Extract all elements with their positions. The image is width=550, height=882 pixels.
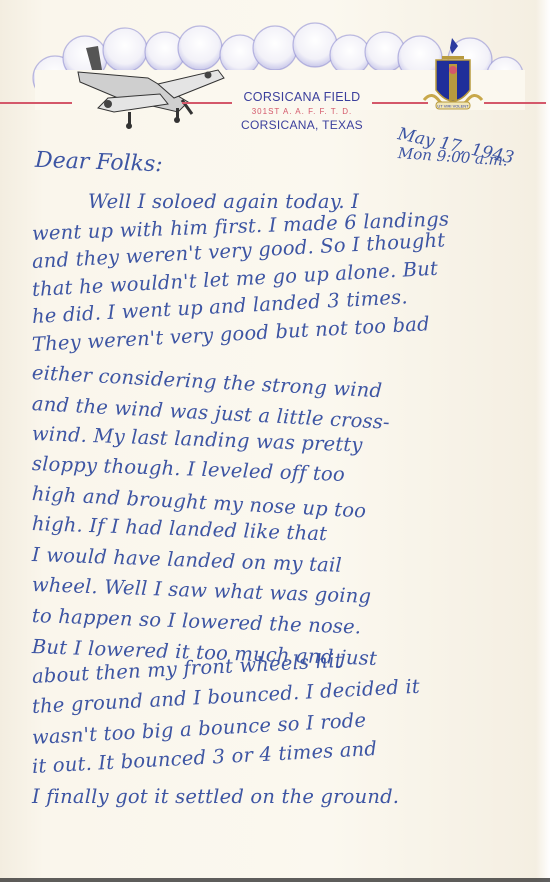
page-edge-shadow [0,878,550,882]
unit-designation: 301ST A. A. F. F. T. D. [232,105,372,118]
letterhead: UT VIRI VOLENT CORSICANA FIELD 301ST A. … [0,0,550,135]
location: CORSICANA, TEXAS [232,118,372,133]
salutation: Dear Folks: [35,148,163,177]
letterhead-rule-mid-left [182,102,232,104]
letter-line: Well I soloed again today. I [88,190,359,213]
letterhead-rule-right [484,102,546,104]
letterhead-rule-mid-right [372,102,428,104]
letterhead-text: CORSICANA FIELD 301ST A. A. F. F. T. D. … [232,89,372,133]
letter-line: I finally got it settled on the ground. [32,785,399,808]
letterhead-rule-left [0,102,72,104]
svg-text:UT VIRI VOLENT: UT VIRI VOLENT [437,104,469,109]
field-name: CORSICANA FIELD [232,89,372,105]
